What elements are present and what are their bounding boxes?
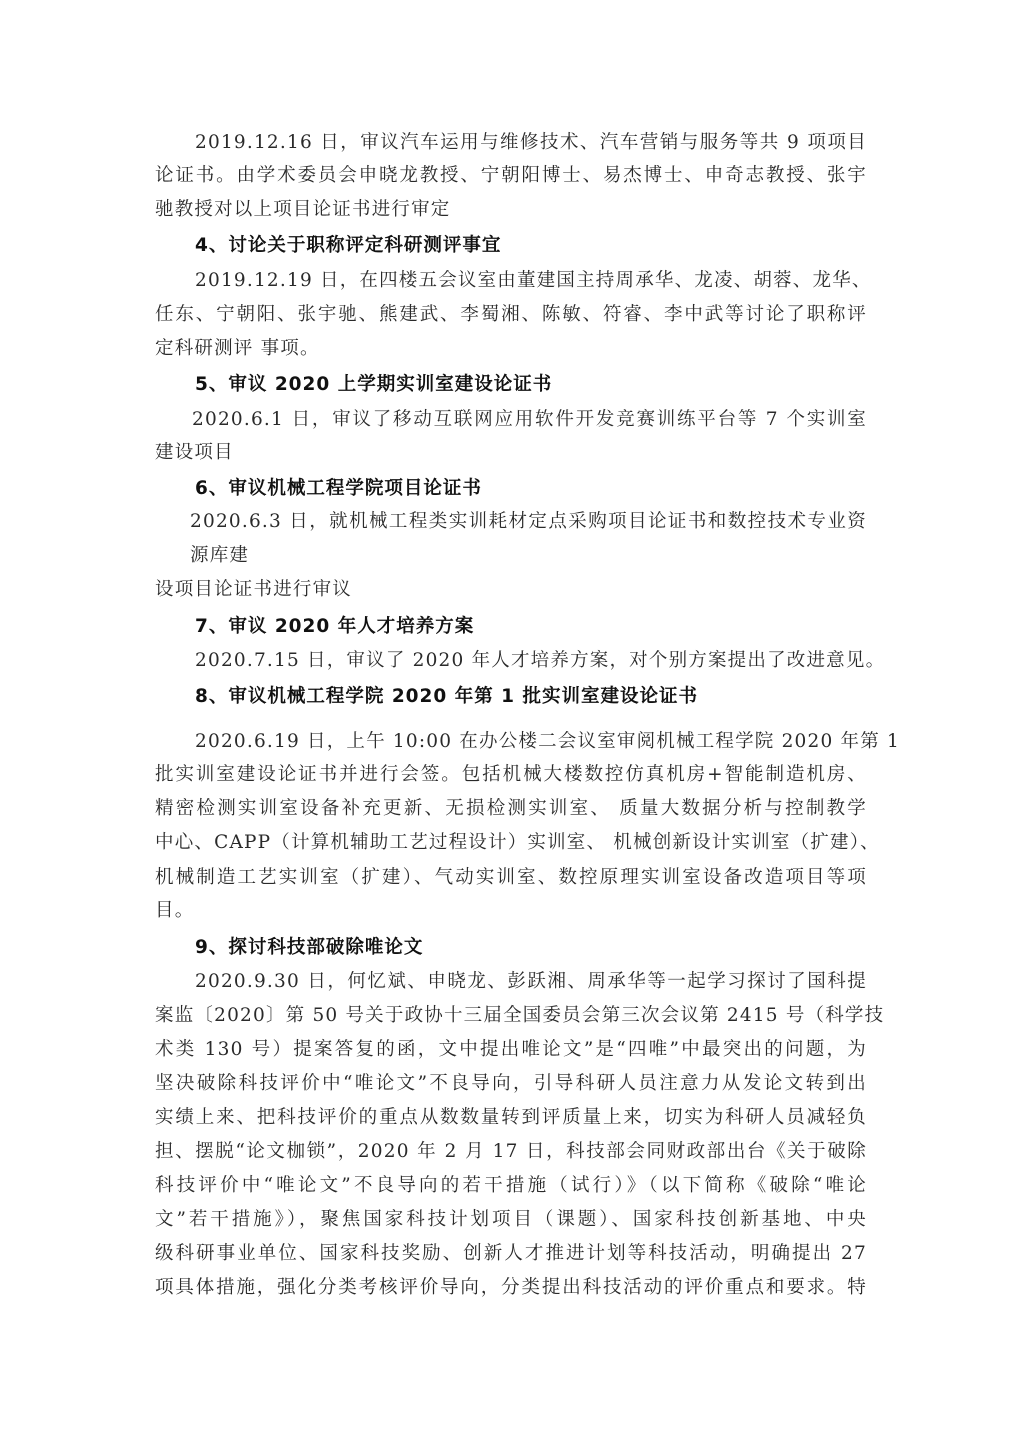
paragraph-line: 论证书。由学术委员会申晓龙教授、宁朝阳博士、易杰博士、申奇志教授、张宇: [155, 161, 867, 191]
paragraph-line: 2019.12.19 日，在四楼五会议室由董建国主持周承华、龙凌、胡蓉、龙华、: [195, 266, 867, 296]
section-heading-8: 8、审议机械工程学院 2020 年第 1 批实训室建设论证书: [195, 682, 698, 712]
paragraph-line: 定科研测评 事项。: [155, 334, 867, 364]
document-page: 2019.12.16 日，审议汽车运用与维修技术、汽车营销与服务等共 9 项项目…: [0, 0, 1024, 1448]
paragraph-line: 2019.12.16 日，审议汽车运用与维修技术、汽车营销与服务等共 9 项项目: [195, 128, 867, 158]
paragraph-line: 2020.7.15 日，审议了 2020 年人才培养方案，对个别方案提出了改进意…: [195, 646, 867, 676]
paragraph-line: 中心、CAPP（计算机辅助工艺过程设计）实训室、 机械创新设计实训室（扩建）、: [155, 828, 867, 858]
paragraph-line: 建设项目: [155, 438, 867, 468]
paragraph-line: 机械制造工艺实训室（扩建）、气动实训室、数控原理实训室设备改造项目等项: [155, 863, 867, 893]
paragraph-line: 任东、宁朝阳、张宇驰、熊建武、李蜀湘、陈敏、符睿、李中武等讨论了职称评: [155, 300, 867, 330]
paragraph-line: 项具体措施，强化分类考核评价导向，分类提出科技活动的评价重点和要求。特: [155, 1273, 867, 1303]
paragraph-line: 目。: [155, 896, 867, 926]
paragraph-line: 文”若干措施》），聚焦国家科技计划项目（课题）、国家科技创新基地、中央: [155, 1205, 867, 1235]
paragraph-line: 2020.6.1 日，审议了移动互联网应用软件开发竞赛训练平台等 7 个实训室: [192, 405, 867, 435]
paragraph-line: 案监〔2020〕第 50 号关于政协十三届全国委员会第三次会议第 2415 号（…: [155, 1001, 867, 1031]
paragraph-line: 2020.6.3 日，就机械工程类实训耗材定点采购项目论证书和数控技术专业资: [190, 507, 867, 537]
section-heading-7: 7、审议 2020 年人才培养方案: [195, 612, 474, 642]
paragraph-line: 2020.6.19 日，上午 10:00 在办公楼二会议室审阅机械工程学院 20…: [195, 727, 867, 757]
paragraph-line: 实绩上来、把科技评价的重点从数数量转到评质量上来，切实为科研人员减轻负: [155, 1103, 867, 1133]
section-heading-9: 9、探讨科技部破除唯论文: [195, 933, 423, 963]
section-heading-4: 4、讨论关于职称评定科研测评事宜: [195, 231, 501, 261]
paragraph-line: 源库建: [190, 541, 902, 571]
paragraph-line: 科技评价中“唯论文”不良导向的若干措施（试行）》（以下简称《破除“唯论: [155, 1171, 867, 1201]
section-heading-6: 6、审议机械工程学院项目论证书: [195, 474, 482, 504]
paragraph-line: 术类 130 号）提案答复的函，文中提出唯论文”是“四唯”中最突出的问题，为: [155, 1035, 867, 1065]
paragraph-line: 坚决破除科技评价中“唯论文”不良导向，引导科研人员注意力从发论文转到出: [155, 1069, 867, 1099]
paragraph-line: 2020.9.30 日，何忆斌、申晓龙、彭跃湘、周承华等一起学习探讨了国科提: [195, 967, 867, 997]
paragraph-line: 担、摆脱“论文枷锁”，2020 年 2 月 17 日，科技部会同财政部出台《关于…: [155, 1137, 867, 1167]
paragraph-line: 级科研事业单位、国家科技奖励、创新人才推进计划等科技活动，明确提出 27: [155, 1239, 867, 1269]
paragraph-line: 设项目论证书进行审议: [155, 575, 867, 605]
section-heading-5: 5、审议 2020 上学期实训室建设论证书: [195, 370, 552, 400]
paragraph-line: 驰教授对以上项目论证书进行审定: [155, 195, 867, 225]
paragraph-line: 批实训室建设论证书并进行会签。包括机械大楼数控仿真机房+智能制造机房、: [155, 760, 867, 790]
paragraph-line: 精密检测实训室设备补充更新、无损检测实训室、 质量大数据分析与控制教学: [155, 794, 867, 824]
